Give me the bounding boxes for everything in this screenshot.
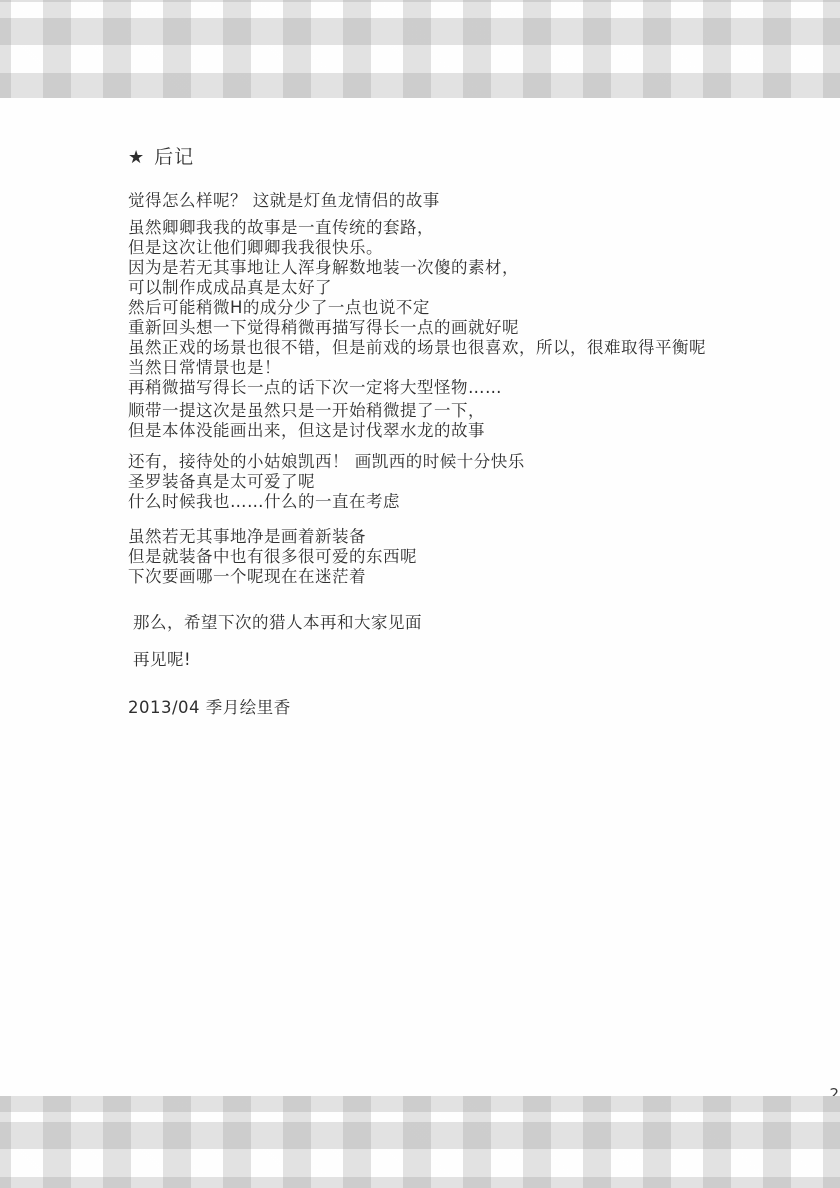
bottom-checker-band — [0, 1096, 840, 1188]
text-line: 可以制作成成品真是太好了 — [128, 278, 728, 298]
afterword-section: ★后记 觉得怎么样呢？ 这就是灯鱼龙情侣的故事虽然卿卿我我的故事是一直传统的套路… — [128, 145, 728, 718]
text-line: 但是本体没能画出来，但这是讨伐翠水龙的故事 — [128, 421, 728, 441]
text-line: 再见呢! — [128, 650, 728, 670]
paragraph: 虽然若无其事地净是画着新装备但是就装备中也有很多很可爱的东西呢下次要画哪一个呢现… — [128, 527, 728, 587]
paragraph: 还有，接待处的小姑娘凯西！ 画凯西的时候十分快乐圣罗装备真是太可爱了呢什么时候我… — [128, 452, 728, 512]
paragraph: 那么，希望下次的猎人本再和大家见面 — [128, 613, 728, 633]
text-line: 觉得怎么样呢？ 这就是灯鱼龙情侣的故事 — [128, 191, 728, 211]
text-line: 再稍微描写得长一点的话下次一定将大型怪物…… — [128, 378, 728, 398]
text-line: 但是这次让他们卿卿我我很快乐。 — [128, 238, 728, 258]
paragraph: 2013/04 季月绘里香 — [128, 698, 728, 718]
text-line: 顺带一提这次是虽然只是一开始稍微提了一下， — [128, 401, 728, 421]
top-checker-band — [0, 0, 840, 98]
text-line: 当然日常情景也是！ — [128, 358, 728, 378]
text-line: 虽然若无其事地净是画着新装备 — [128, 527, 728, 547]
paragraph: 顺带一提这次是虽然只是一开始稍微提了一下，但是本体没能画出来，但这是讨伐翠水龙的… — [128, 401, 728, 441]
paragraph: 虽然卿卿我我的故事是一直传统的套路，但是这次让他们卿卿我我很快乐。因为是若无其事… — [128, 218, 728, 398]
paragraph: 觉得怎么样呢？ 这就是灯鱼龙情侣的故事 — [128, 191, 728, 211]
text-line: 还有，接待处的小姑娘凯西！ 画凯西的时候十分快乐 — [128, 452, 728, 472]
text-line: 虽然正戏的场景也很不错，但是前戏的场景也很喜欢，所以，很难取得平衡呢 — [128, 338, 728, 358]
scanned-page: ★后记 觉得怎么样呢？ 这就是灯鱼龙情侣的故事虽然卿卿我我的故事是一直传统的套路… — [0, 0, 840, 1188]
paragraph: 再见呢! — [128, 650, 728, 670]
afterword-title: ★后记 — [128, 145, 728, 169]
afterword-body: 觉得怎么样呢？ 这就是灯鱼龙情侣的故事虽然卿卿我我的故事是一直传统的套路，但是这… — [128, 191, 728, 718]
text-line: 因为是若无其事地让人浑身解数地装一次傻的素材， — [128, 258, 728, 278]
text-line: 2013/04 季月绘里香 — [128, 698, 728, 718]
text-line: 圣罗装备真是太可爱了呢 — [128, 472, 728, 492]
text-line: 那么，希望下次的猎人本再和大家见面 — [128, 613, 728, 633]
afterword-title-text: 后记 — [154, 146, 194, 168]
star-icon: ★ — [128, 147, 145, 168]
text-line: 但是就装备中也有很多很可爱的东西呢 — [128, 547, 728, 567]
text-line: 虽然卿卿我我的故事是一直传统的套路， — [128, 218, 728, 238]
text-line: 什么时候我也……什么的一直在考虑 — [128, 492, 728, 512]
text-line: 下次要画哪一个呢现在在迷茫着 — [128, 567, 728, 587]
text-line: 然后可能稍微H的成分少了一点也说不定 — [128, 298, 728, 318]
text-line: 重新回头想一下觉得稍微再描写得长一点的画就好呢 — [128, 318, 728, 338]
